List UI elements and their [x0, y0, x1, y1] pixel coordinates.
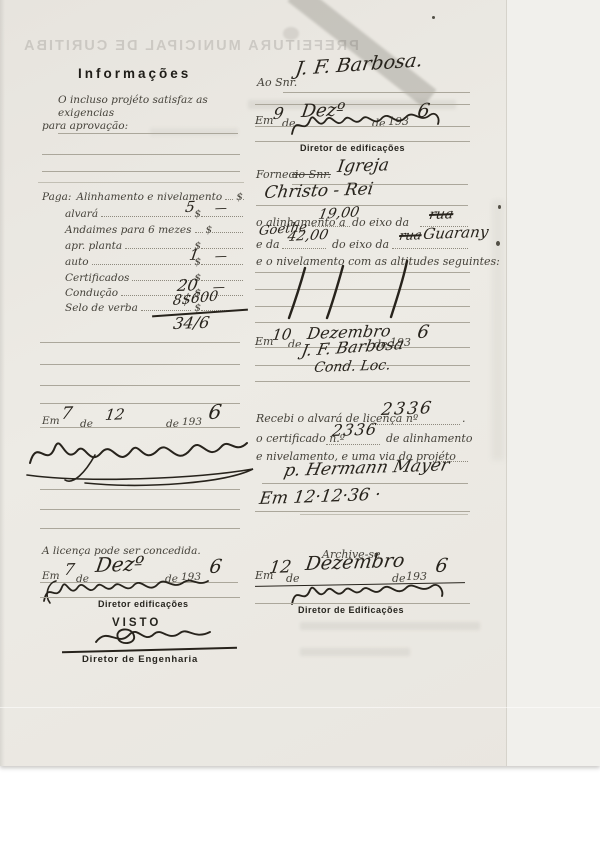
fee-label: apr. planta — [65, 240, 122, 252]
dotted-leader — [141, 310, 191, 311]
role-label: Diretor edificações — [98, 599, 189, 609]
currency-sign: $ — [206, 224, 213, 236]
role-label: Diretor de Engenharia — [82, 654, 198, 665]
fee-dash-handwritten: — — [214, 249, 228, 263]
distance-value-handwritten: 42,00 — [286, 227, 330, 245]
signature-line — [255, 603, 470, 604]
fee-label: Selo de verba — [65, 302, 138, 314]
street-struck-handwritten: rua — [428, 206, 454, 223]
date-year-handwritten: 6 — [434, 555, 449, 577]
recebi-text: de alinhamento — [386, 432, 472, 446]
recebi-text: . — [462, 412, 466, 426]
signature-line — [40, 597, 240, 598]
bleedthrough-bar — [300, 648, 410, 656]
date-day-handwritten: 7 — [60, 404, 74, 424]
blank-line — [40, 489, 240, 490]
signature-title-handwritten: Cond. Loc. — [313, 357, 392, 376]
blank-segment — [372, 424, 460, 425]
alinhamento-text: do eixo da — [332, 238, 389, 252]
forneci-name-handwritten: Christo - Rei — [263, 179, 375, 203]
signature-scrawl-requester — [25, 425, 257, 485]
slash-mark — [286, 266, 308, 320]
blank-line — [40, 342, 240, 343]
paper-speck — [498, 205, 501, 209]
fee-label: auto — [65, 256, 89, 268]
blank-line — [255, 511, 470, 512]
blank-line — [40, 528, 240, 529]
date-year-handwritten: 6 — [207, 400, 223, 424]
bleedthrough-crest — [283, 27, 299, 40]
role-label: Diretor de Edificações — [298, 605, 404, 615]
date-month-handwritten: 12 — [104, 405, 126, 424]
paper-smudge — [492, 200, 504, 460]
blank-line — [300, 514, 468, 515]
date-year-handwritten: 6 — [416, 322, 430, 343]
blank-line — [255, 381, 470, 382]
dotted-leader — [195, 232, 203, 233]
fee-row: Paga: Alinhamento e nivelamento $ — [42, 191, 243, 203]
forneci-struck-text: ao Snr. — [292, 168, 331, 182]
blank-line — [58, 133, 238, 134]
blank-line — [40, 364, 240, 365]
dotted-leader — [92, 264, 192, 265]
dotted-leader — [101, 216, 191, 217]
document-page: PREFEITURA MUNICIPAL DE CURITIBA Informa… — [0, 0, 600, 766]
blank-line — [40, 385, 240, 386]
dotted-leader — [125, 248, 191, 249]
informacoes-title: Informações — [78, 66, 191, 81]
slash-mark — [324, 264, 346, 320]
receipt-date-handwritten: Em 12·12·36 · — [258, 485, 382, 509]
blank-line — [42, 154, 240, 155]
dotted-leader — [201, 216, 243, 217]
alinhamento-text: do eixo da — [352, 216, 409, 230]
scanned-document: { "page": { "bleedthrough_header": "PREF… — [0, 0, 600, 849]
certificate-number-handwritten: 2336 — [331, 419, 379, 440]
fee-prefix: Paga: — [42, 191, 71, 203]
fee-row: Andaimes para 6 mezes $ — [65, 224, 243, 236]
fee-total-handwritten: 34/6 — [172, 313, 211, 333]
blank-line — [283, 92, 470, 93]
dotted-leader — [212, 232, 243, 233]
blank-line — [255, 104, 470, 105]
bleedthrough-header: PREFEITURA MUNICIPAL DE CURITIBA — [22, 38, 359, 54]
signature-scrawl-director-top — [288, 106, 443, 138]
alinhamento-text: e da — [256, 238, 280, 252]
alvara-number-handwritten: 2336 — [380, 398, 434, 420]
role-label: Diretor de edificações — [300, 143, 405, 153]
street-name-handwritten: Guarany — [422, 223, 490, 243]
fee-dash-handwritten: — — [214, 201, 228, 215]
bleedthrough-bar — [300, 622, 480, 630]
street-struck-handwritten: rua — [398, 228, 423, 244]
fee-label: Certificados — [65, 272, 129, 284]
paper-speck — [432, 16, 435, 19]
signature-line — [255, 141, 470, 142]
fee-label: Andaimes para 6 mezes — [65, 224, 192, 236]
paper-speck — [496, 241, 500, 246]
intro-line2: para aprovação: — [42, 120, 244, 133]
fee-label: Condução — [65, 287, 118, 299]
date-de-label: de — [288, 338, 302, 352]
fee-label: Alinhamento e nivelamento — [76, 191, 222, 203]
blank-line — [42, 171, 240, 172]
currency-sign: $ — [194, 208, 201, 220]
blank-segment — [392, 248, 468, 249]
forneci-name-handwritten: Igreja — [336, 155, 390, 177]
blank-segment — [326, 444, 380, 445]
blank-line — [262, 483, 468, 484]
currency-sign: $ — [236, 191, 243, 203]
intro-line1: O incluso projéto satisfaz as exigencias — [42, 94, 244, 120]
paper-crease — [0, 707, 600, 708]
blank-line — [40, 509, 240, 510]
dotted-leader — [201, 264, 243, 265]
page-left-edge-shadow — [0, 0, 5, 766]
slash-mark — [388, 259, 410, 319]
section-divider — [38, 182, 244, 183]
fee-label: alvará — [65, 208, 98, 220]
intro-text: O incluso projéto satisfaz as exigencias… — [42, 94, 244, 133]
ao-snr-label: Ao Snr. — [257, 76, 297, 90]
underlying-page-edge — [506, 0, 600, 766]
date-month-handwritten: Dezembro — [304, 550, 406, 575]
blank-segment — [282, 248, 326, 249]
